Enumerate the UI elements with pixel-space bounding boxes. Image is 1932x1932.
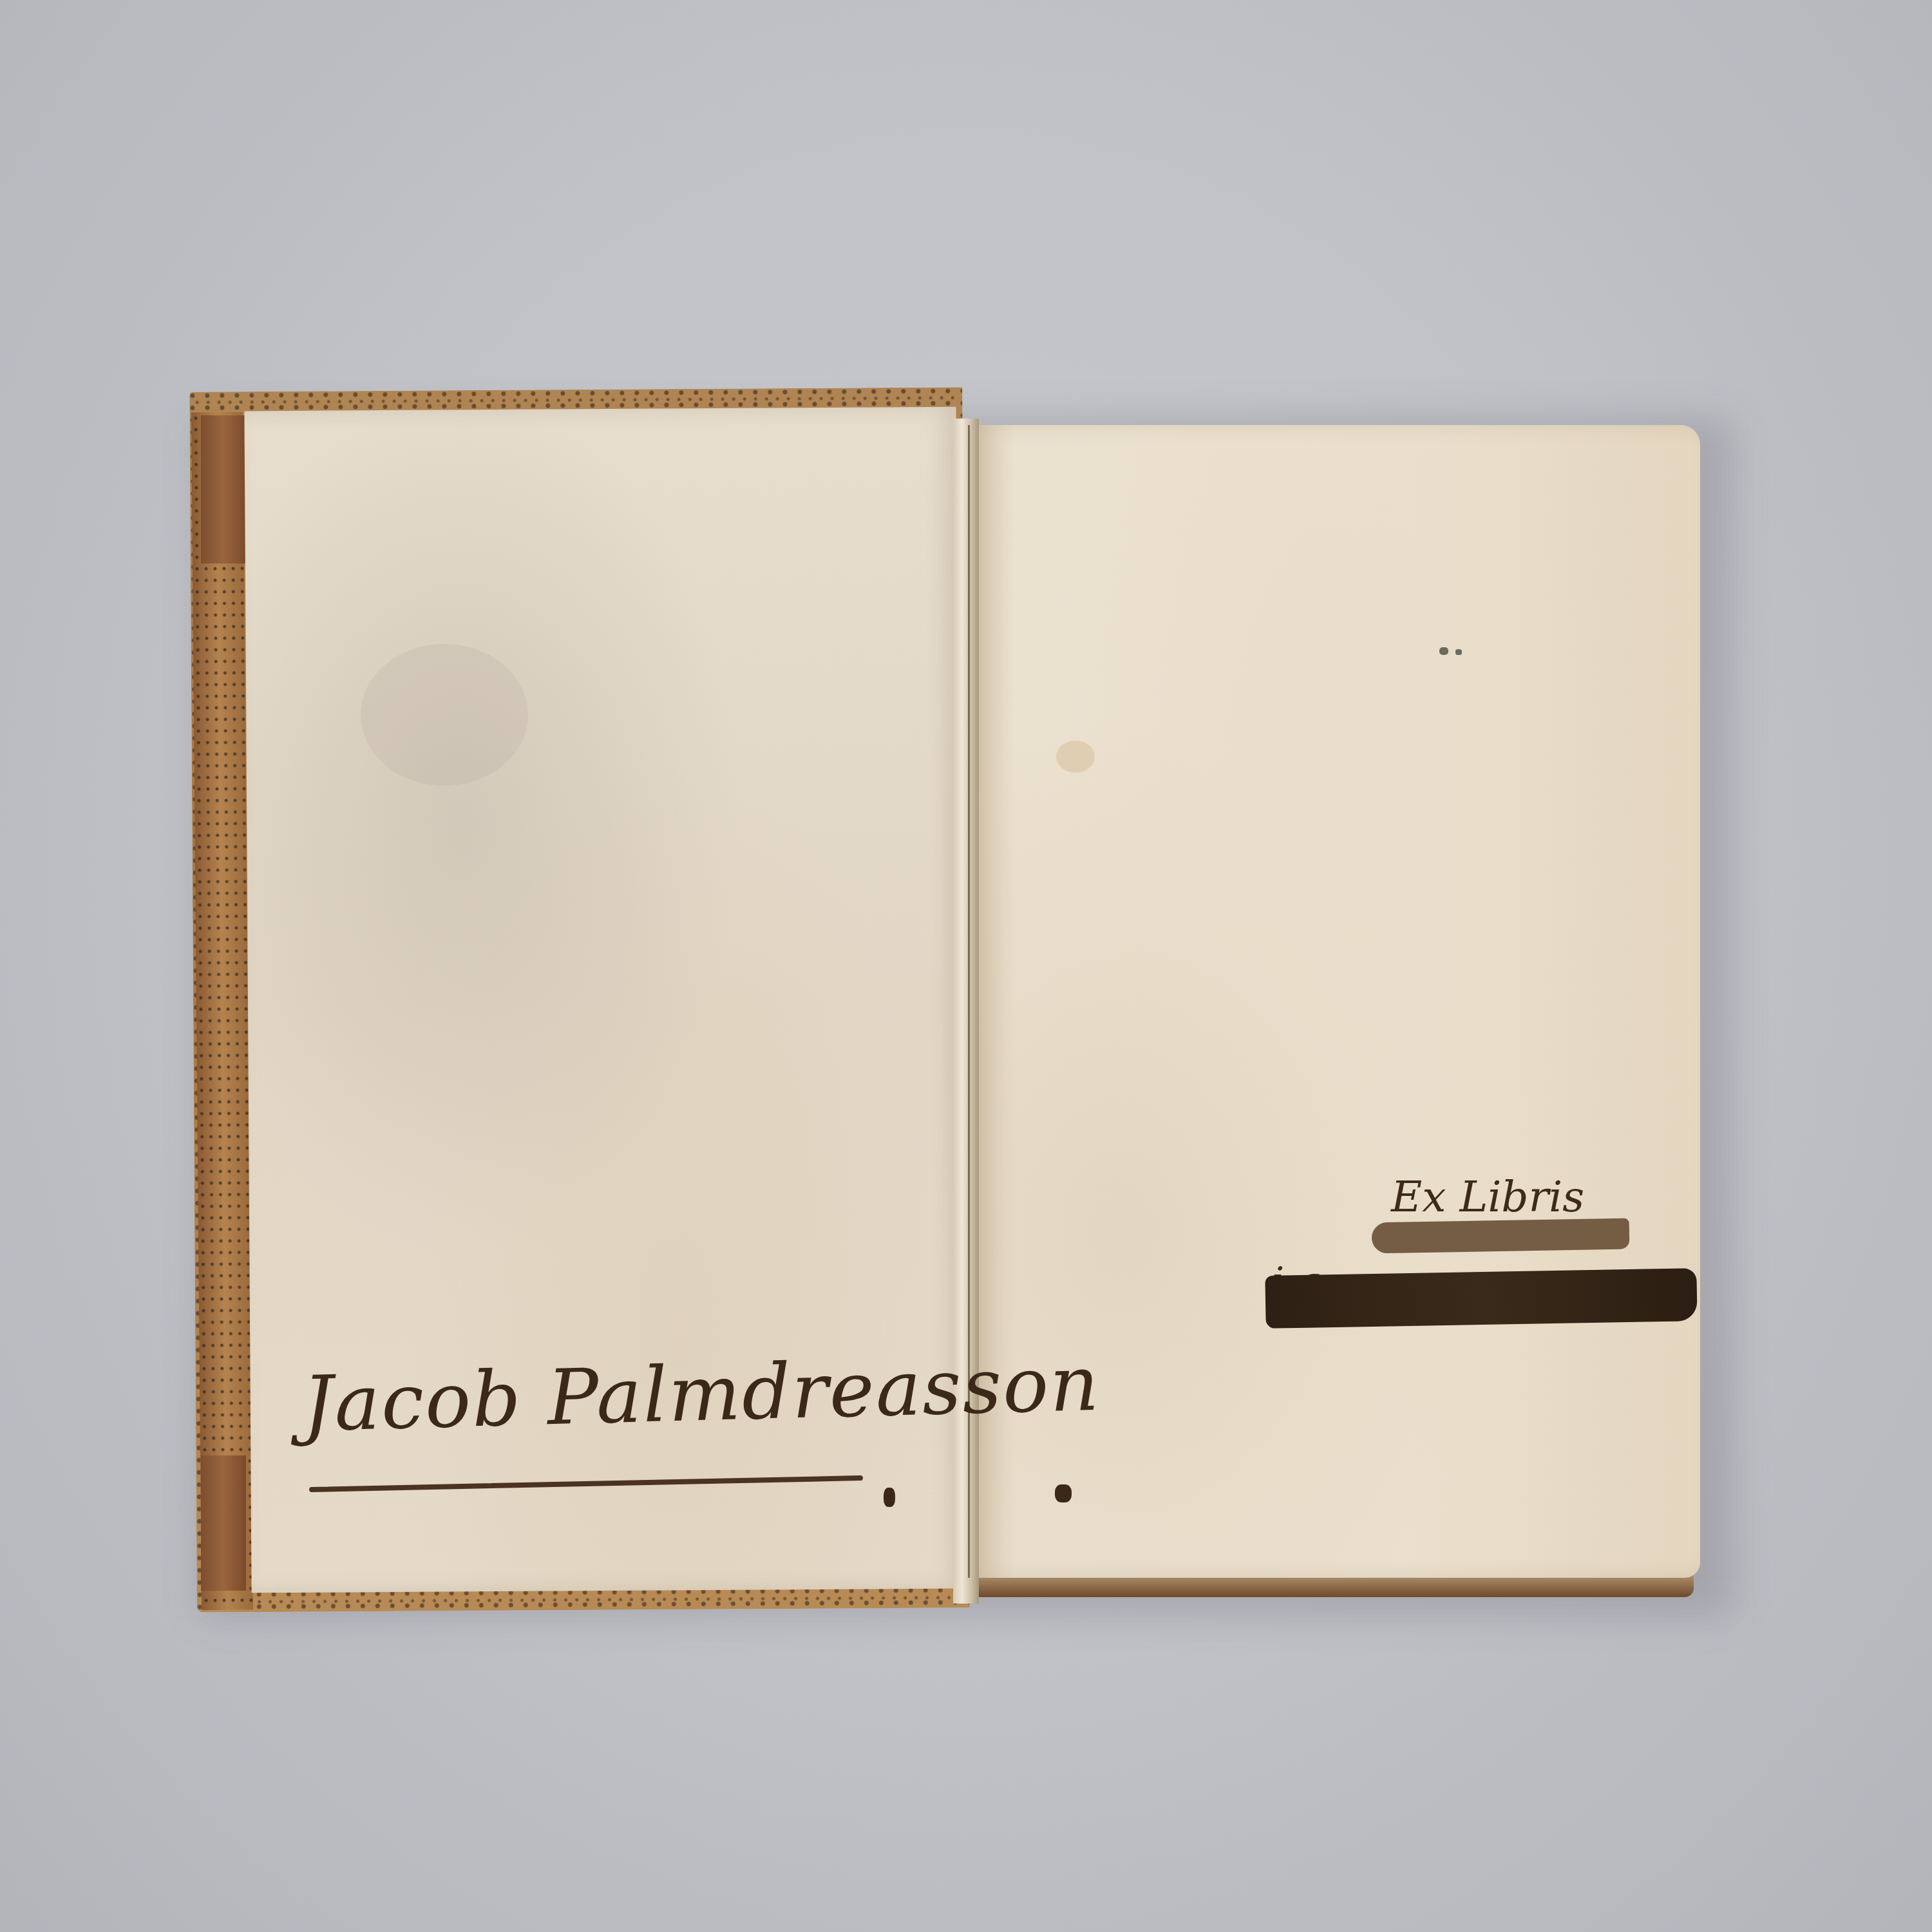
photograph: Jacob Palmdreasson Ex Libris i g . . . .… [0, 0, 1932, 1932]
spine-band-bottom [201, 1455, 246, 1591]
spine-band-top [201, 415, 246, 563]
foxing-stain [1056, 741, 1095, 773]
ex-libris-inscription: Ex Libris [1391, 1172, 1584, 1222]
ink-spot [1455, 649, 1462, 655]
ink-spot [1439, 647, 1448, 655]
foxing-stain [361, 644, 528, 786]
ink-spot [884, 1488, 895, 1507]
spine-leather-edge [191, 412, 253, 1611]
ink-strikeout-light [1372, 1218, 1630, 1254]
ink-spot [1055, 1484, 1072, 1502]
ink-strikeout-heavy [1265, 1268, 1697, 1329]
